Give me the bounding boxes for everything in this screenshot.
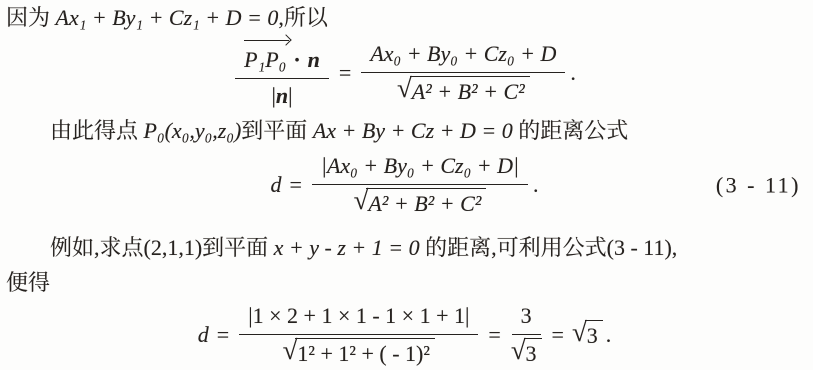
normal-vector-n-magnitude: n bbox=[276, 82, 288, 110]
equals-sign: = bbox=[339, 59, 351, 87]
paragraph-because: 因为 Ax₁ + By₁ + Cz₁ + D = 0,所以 bbox=[6, 4, 803, 31]
sqrt-expression: √3 bbox=[511, 338, 542, 368]
normal-vector-n: n bbox=[308, 46, 320, 74]
numerator-plane-expression: Ax₀ + By₀ + Cz₀ + D bbox=[370, 40, 556, 68]
equals-sign: = bbox=[488, 321, 500, 349]
paragraph-derivation: 由此得点 P₀(x₀,y₀,z₀)到平面 Ax + By + Cz + D = … bbox=[6, 117, 803, 144]
equals-sign: = bbox=[289, 171, 301, 199]
fraction-three-over-sqrt3: 3 √3 bbox=[511, 302, 542, 367]
text-to-plane: 到平面 bbox=[241, 118, 313, 143]
equals-sign: = bbox=[552, 321, 564, 349]
var-d: d bbox=[198, 321, 209, 349]
sqrt-icon: √ bbox=[511, 336, 526, 364]
vector-arrow-icon bbox=[244, 40, 289, 41]
display-formula-distance: d = |Ax₀ + By₀ + Cz₀ + D| √A² + B² + C² … bbox=[6, 152, 803, 217]
sqrt-icon: √ bbox=[572, 318, 587, 346]
text-thus-point: 由此得点 bbox=[50, 118, 144, 143]
text-use-formula: 的距离,可利用公式(3 - 11), bbox=[420, 235, 678, 260]
fraction-projection-lhs: P₁P₀ · n | n | bbox=[235, 36, 329, 109]
numerator-abs-plane-expression: |Ax₀ + By₀ + Cz₀ + D| bbox=[321, 152, 519, 180]
radicand-ABC: A² + B² + C² bbox=[410, 76, 530, 106]
text-then-we-get: 便得 bbox=[6, 270, 50, 295]
math-point-P0: P₀(x₀,y₀,z₀) bbox=[144, 118, 242, 143]
numerator-numeric: |1 × 2 + 1 × 1 - 1 × 1 + 1| bbox=[248, 302, 469, 330]
period: . bbox=[606, 321, 612, 349]
fraction-distance: |Ax₀ + By₀ + Cz₀ + D| √A² + B² + C² bbox=[312, 152, 528, 217]
sqrt-icon: √ bbox=[354, 186, 369, 214]
text-example-point: 例如,求点(2,1,1)到平面 bbox=[50, 235, 274, 260]
numerator-three: 3 bbox=[521, 302, 532, 330]
fraction-projection-rhs: Ax₀ + By₀ + Cz₀ + D √A² + B² + C² bbox=[361, 40, 565, 105]
vector-label: P₁P₀ bbox=[244, 47, 286, 72]
text-distance-formula: 的距离公式 bbox=[513, 118, 629, 143]
vector-P1P0: P₁P₀ bbox=[244, 46, 286, 74]
sqrt-expression: √A² + B² + C² bbox=[354, 188, 487, 218]
equation-number: (3 - 11) bbox=[716, 171, 801, 199]
math-plane-equation: Ax + By + Cz + D = 0 bbox=[313, 118, 513, 143]
sqrt-expression: √1² + 1² + ( - 1)² bbox=[283, 338, 435, 368]
paragraph-then-we-get: 便得 bbox=[6, 269, 803, 296]
sqrt-icon: √ bbox=[283, 336, 298, 364]
var-d: d bbox=[270, 171, 281, 199]
radicand-ABC: A² + B² + C² bbox=[366, 188, 486, 218]
radicand-numeric: 1² + 1² + ( - 1)² bbox=[295, 338, 435, 368]
fraction-example: |1 × 2 + 1 × 1 - 1 × 1 + 1| √1² + 1² + (… bbox=[239, 302, 478, 367]
display-formula-projection: P₁P₀ · n | n | = Ax₀ + By₀ + Cz₀ + D √A²… bbox=[6, 36, 803, 109]
period: . bbox=[533, 171, 539, 199]
math-example-plane: x + y - z + 1 = 0 bbox=[274, 235, 420, 260]
text-because: 因为 bbox=[6, 5, 56, 30]
equals-sign: = bbox=[217, 321, 229, 349]
textbook-page: 因为 Ax₁ + By₁ + Cz₁ + D = 0,所以 P₁P₀ · n |… bbox=[6, 4, 803, 367]
result-radicand: 3 bbox=[585, 320, 603, 350]
radicand-three: 3 bbox=[524, 338, 542, 368]
period: . bbox=[570, 59, 576, 87]
dot-product-operator: · bbox=[293, 46, 300, 74]
sqrt-icon: √ bbox=[397, 74, 412, 102]
math-plane-equation-p1: Ax₁ + By₁ + Cz₁ + D = 0 bbox=[56, 5, 279, 30]
paragraph-example: 例如,求点(2,1,1)到平面 x + y - z + 1 = 0 的距离,可利… bbox=[6, 234, 803, 261]
abs-bar-right: | bbox=[288, 82, 292, 110]
display-formula-example: d = |1 × 2 + 1 × 1 - 1 × 1 + 1| √1² + 1²… bbox=[6, 302, 803, 367]
sqrt-result: √3 bbox=[572, 320, 603, 350]
text-therefore: ,所以 bbox=[278, 5, 328, 30]
sqrt-expression: √A² + B² + C² bbox=[397, 76, 530, 106]
